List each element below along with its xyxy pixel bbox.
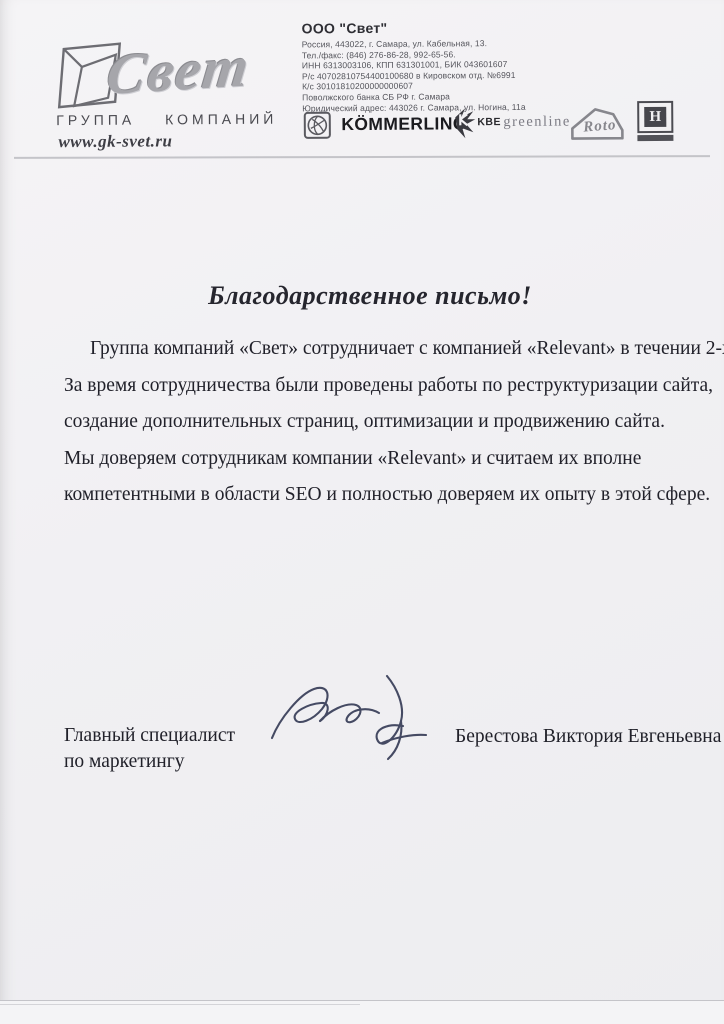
position-line: по маркетингу: [64, 749, 235, 775]
letter-title: Благодарственное письмо!: [0, 281, 724, 311]
position-line: Главный специалист: [64, 723, 235, 749]
body-line: За время сотрудничества были проведены р…: [64, 368, 686, 405]
signatory-position: Главный специалист по маркетингу: [64, 723, 235, 775]
kbe-logo-text: KBE: [477, 116, 501, 128]
h-logo-outer-frame: H: [637, 101, 673, 133]
handwritten-signature: [266, 668, 441, 773]
partner-logos-strip: KÖMMERLING KBE greenline Roto H: [0, 0, 724, 163]
h-logo-letter: H: [644, 107, 666, 127]
letterhead: Свет ГРУППА КОМПАНИЙ www.gk-svet.ru ООО …: [0, 0, 724, 163]
body-line: Мы доверяем сотрудникам компании «Releva…: [64, 441, 686, 478]
kbe-logo-icon: [451, 105, 479, 146]
body-line: компетентными в области SEO и полностью …: [64, 477, 686, 514]
greenline-logo-text: greenline: [503, 114, 571, 131]
body-line: Группа компаний «Свет» сотрудничает с ко…: [64, 331, 686, 368]
body-line: создание дополнительных страниц, оптимиз…: [64, 404, 686, 441]
signatory-name: Берестова Виктория Евгеньевна: [455, 726, 721, 748]
letter-body: Группа компаний «Свет» сотрудничает с ко…: [64, 331, 686, 514]
h-partner-logo-icon: H: [637, 101, 673, 141]
kommerling-logo-icon: [303, 111, 331, 144]
kommerling-logo-text: KÖMMERLING: [341, 113, 467, 135]
roto-logo-text: Roto: [583, 117, 617, 136]
scan-bottom-edge-faint: [0, 1004, 360, 1005]
scanned-letter-page: Свет ГРУППА КОМПАНИЙ www.gk-svet.ru ООО …: [0, 0, 724, 1024]
h-logo-caption-bar: [637, 135, 673, 141]
